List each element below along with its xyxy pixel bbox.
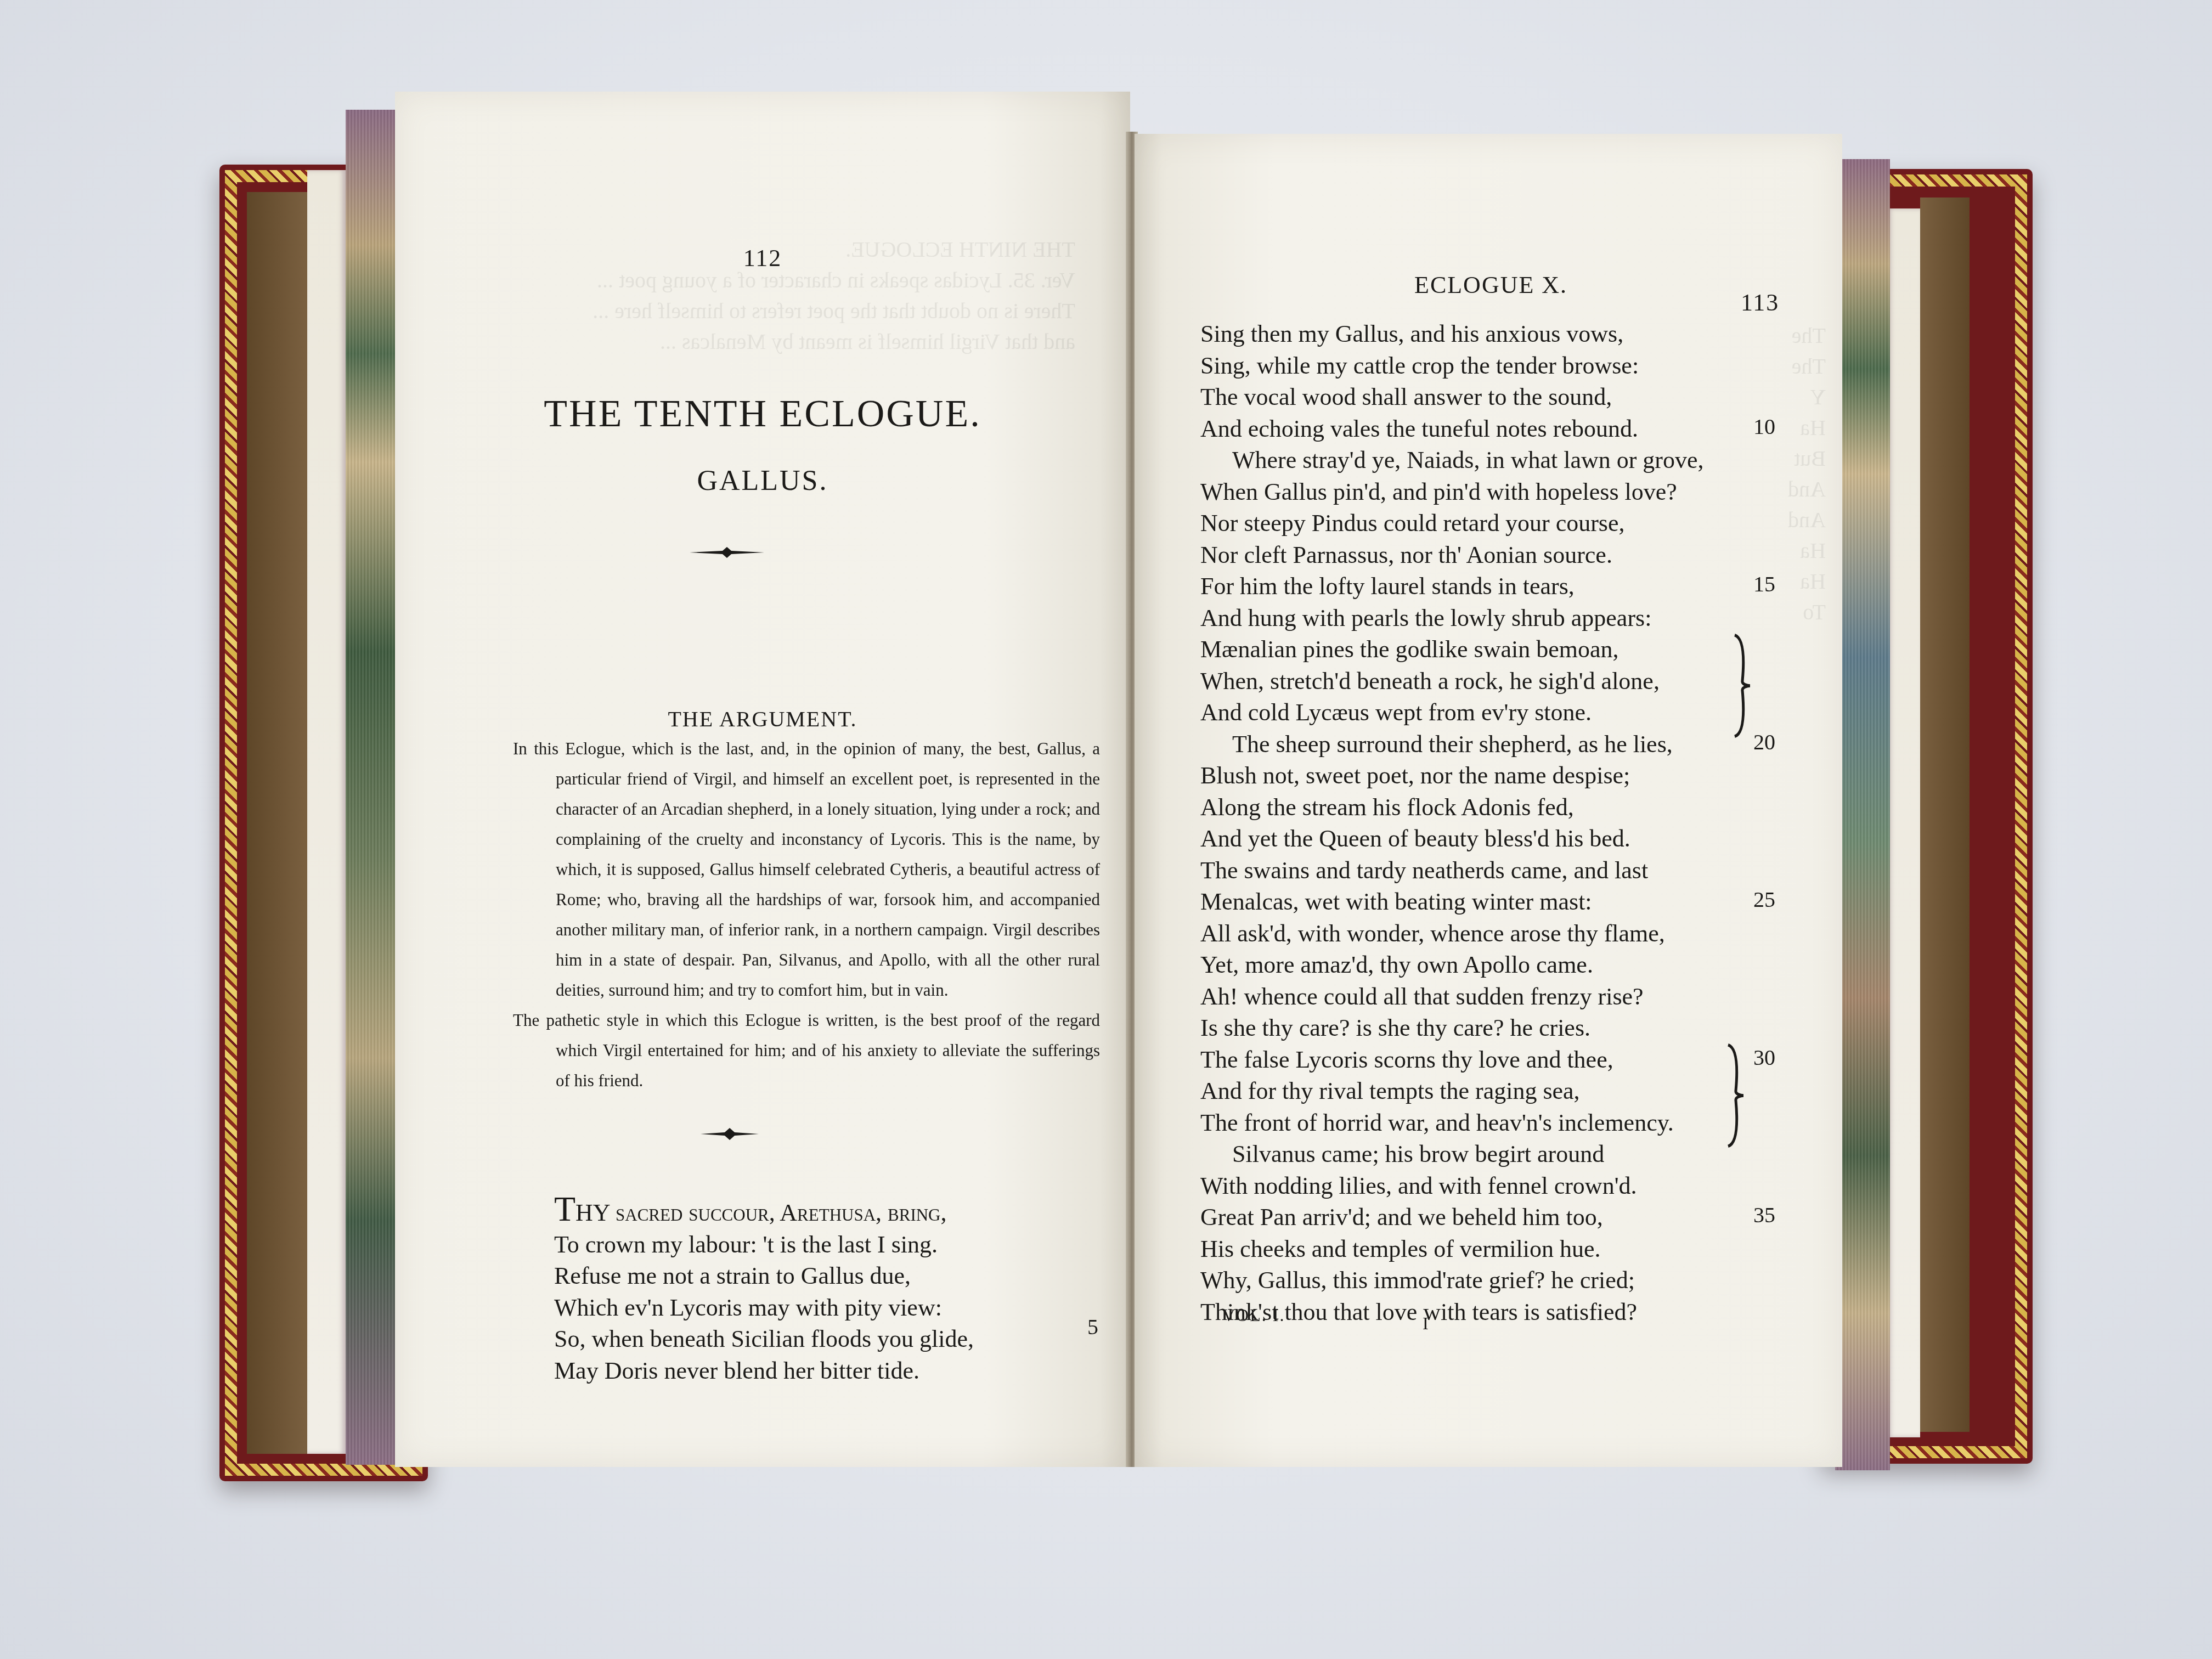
verse-line: Blush not, sweet poet, nor the name desp… [1200, 760, 1760, 792]
ornament-rule-top [689, 541, 765, 563]
verse-line: Silvanus came; his brow begirt around [1200, 1138, 1760, 1170]
line-number: 35 [1753, 1202, 1775, 1228]
verse-line: Yet, more amaz'd, thy own Apollo came. [1200, 949, 1760, 981]
triplet-brace [1725, 1042, 1747, 1148]
verse-left: THY sacred succour, Arethusa, bring, To … [554, 1098, 1048, 1386]
right-fore-edge-painting [1835, 159, 1890, 1470]
line-number: 10 [1753, 414, 1775, 439]
line-number: 15 [1753, 571, 1775, 597]
verse-line: For him the lofty laurel stands in tears… [1200, 571, 1760, 602]
right-page: The The Y Ha But And And Ha Ha To ECLOGU… [1135, 134, 1842, 1467]
verse-line: And hung with pearls the lowly shrub app… [1200, 602, 1760, 634]
verse-line: The swains and tardy neatherds came, and… [1200, 855, 1760, 887]
line-number: 25 [1753, 887, 1775, 912]
verse-line: When, stretch'd beneath a rock, he sigh'… [1200, 665, 1760, 697]
verse-line: Nor steepy Pindus could retard your cour… [1200, 507, 1760, 539]
verse-line: With nodding lilies, and with fennel cro… [1200, 1170, 1760, 1202]
verse-line: The front of horrid war, and heav'n's in… [1200, 1107, 1760, 1139]
verse-line: To crown my labour: 't is the last I sin… [554, 1229, 1048, 1261]
verse-line: All ask'd, with wonder, whence arose thy… [1200, 918, 1760, 950]
line-number: 30 [1753, 1045, 1775, 1070]
chapter-subtitle: GALLUS. [395, 465, 1130, 497]
verse-line: And cold Lycæus wept from ev'ry stone. [1200, 697, 1760, 729]
verse-line: The vocal wood shall answer to the sound… [1200, 381, 1760, 413]
verse-line: Is she thy care? is she thy care? he cri… [1200, 1012, 1760, 1044]
verse-line: And echoing vales the tuneful notes rebo… [1200, 413, 1760, 445]
verse-line: Where stray'd ye, Naiads, in what lawn o… [1200, 444, 1760, 476]
verse-line: Refuse me not a strain to Gallus due, [554, 1260, 1048, 1292]
verse-line: Sing then my Gallus, and his anxious vow… [1200, 318, 1760, 350]
argument-paragraph-1: In this Eclogue, which is the last, and,… [513, 733, 1100, 1005]
triplet-brace [1731, 633, 1753, 738]
verse-line: And for thy rival tempts the raging sea, [1200, 1075, 1760, 1107]
volume-label: VOL. I. [1222, 1305, 1285, 1325]
verse-line: The sheep surround their shepherd, as he… [1200, 729, 1760, 760]
left-turn-in [247, 192, 307, 1454]
page-number-right: 113 [1741, 289, 1779, 317]
right-turn-in [1920, 198, 1970, 1432]
signature-mark: I [1423, 1313, 1430, 1334]
verse-line: Ah! whence could all that sudden frenzy … [1200, 981, 1760, 1013]
page-number-left: 112 [724, 244, 801, 272]
verse-line: Which ev'n Lycoris may with pity view: [554, 1292, 1048, 1324]
running-head: ECLOGUE X. [1414, 271, 1567, 299]
verse-line: May Doris never blend her bitter tide. [554, 1355, 1048, 1387]
verse-right: Sing then my Gallus, and his anxious vow… [1200, 318, 1760, 1328]
argument-paragraph-2: The pathetic style in which this Eclogue… [513, 1005, 1100, 1096]
verse-line: Nor cleft Parnassus, nor th' Aonian sour… [1200, 539, 1760, 571]
verse-line: Great Pan arriv'd; and we beheld him too… [1200, 1201, 1760, 1233]
verse-line: The false Lycoris scorns thy love and th… [1200, 1044, 1760, 1076]
verse-line: Menalcas, wet with beating winter mast: [1200, 886, 1760, 918]
verse-line: His cheeks and temples of vermilion hue. [1200, 1233, 1760, 1265]
line-number: 5 [1087, 1314, 1098, 1340]
line-number: 20 [1753, 729, 1775, 755]
verse-line: THY sacred succour, Arethusa, bring, [554, 1197, 1048, 1229]
verse-line: Why, Gallus, this immod'rate grief? he c… [1200, 1265, 1760, 1296]
verse-line: And yet the Queen of beauty bless'd his … [1200, 823, 1760, 855]
left-fore-edge-painting-main [346, 110, 400, 1465]
left-page: THE NINTH ECLOGUE. Ver. 35. Lycidas spea… [395, 92, 1130, 1467]
argument-heading: THE ARGUMENT. [395, 706, 1130, 732]
verse-line: So, when beneath Sicilian floods you gli… [554, 1323, 1048, 1355]
argument-text: In this Eclogue, which is the last, and,… [513, 733, 1100, 1096]
verse-line: Along the stream his flock Adonis fed, [1200, 792, 1760, 823]
verse-line: Sing, while my cattle crop the tender br… [1200, 350, 1760, 382]
verse-line: When Gallus pin'd, and pin'd with hopele… [1200, 476, 1760, 508]
verse-line: Mænalian pines the godlike swain bemoan, [1200, 634, 1760, 665]
drop-cap: T [554, 1189, 575, 1228]
left-fore-edge-painting [307, 170, 346, 1454]
chapter-title: THE TENTH ECLOGUE. [395, 392, 1130, 436]
right-fore-edge-block [1887, 208, 1920, 1437]
